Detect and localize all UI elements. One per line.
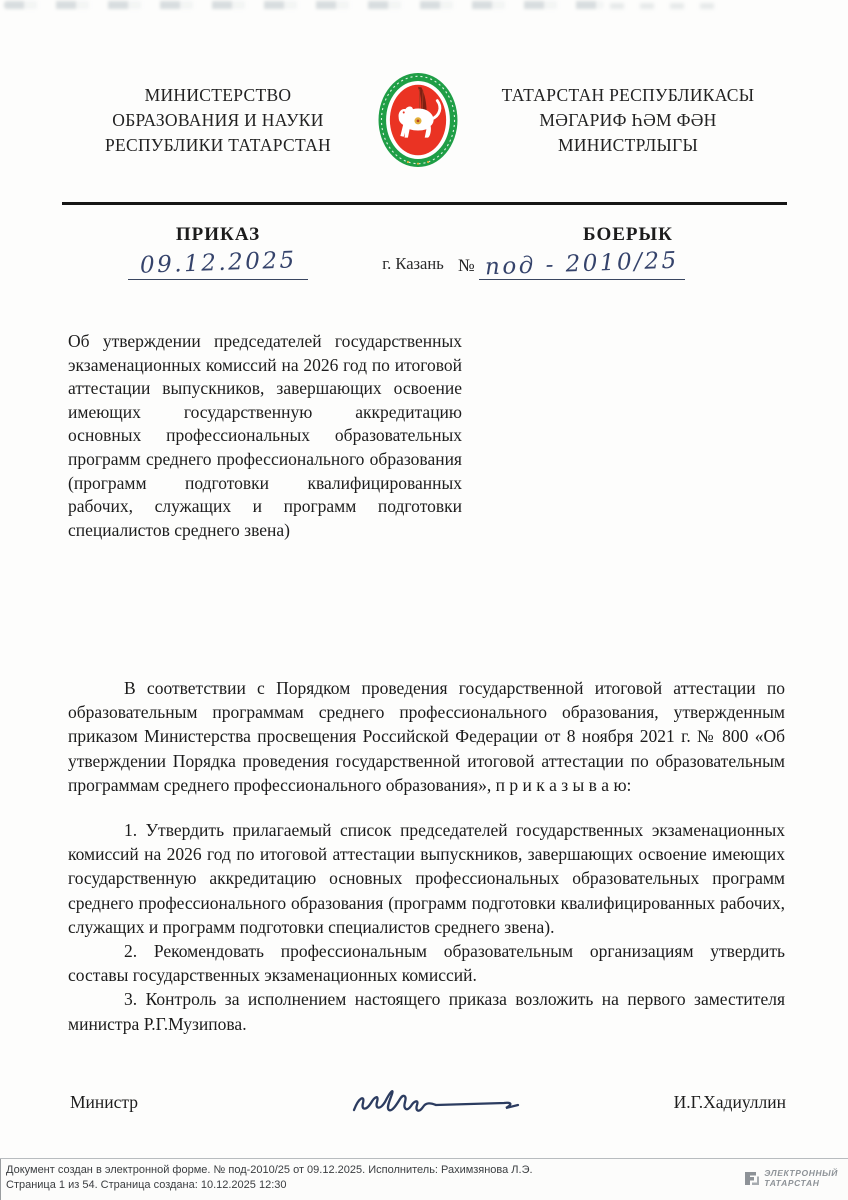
scan-artifact-band [4, 1, 604, 9]
order-title-tatar: БОЕРЫК [468, 224, 788, 246]
number-sign: № [458, 255, 475, 275]
order-item-2: 2. Рекомендовать профессиональным образо… [68, 939, 785, 987]
tatarstan-coat-of-arms-icon [376, 70, 460, 170]
signature-block: Министр И.Г.Хадиуллин [70, 1082, 786, 1122]
order-item-1: 1. Утвердить прилагаемый список председа… [68, 818, 785, 939]
order-subject: Об утверждении председателей государстве… [68, 330, 462, 542]
order-number-field: № под - 2010/25 [458, 251, 788, 280]
order-date-field: 09.12.2025 [68, 250, 368, 280]
electronic-tatarstan-logo: ЭЛЕКТРОННЫЙ ТАТАРСТАН [743, 1169, 838, 1188]
order-meta-row: 09.12.2025 г. Казань № под - 2010/25 [68, 250, 788, 280]
order-place: г. Казань [368, 254, 458, 280]
footer-info: Документ создан в электронной форме. № п… [6, 1163, 533, 1192]
order-body: В соответствии с Порядком проведения гос… [68, 676, 785, 1036]
ministry-name-tatar: ТАТАРСТАН РЕСПУБЛИКАСЫ МӘГАРИФ ҺӘМ ФӘН М… [468, 83, 788, 158]
electronic-tatarstan-logo-icon [743, 1170, 760, 1187]
document-page: МИНИСТЕРСТВО ОБРАЗОВАНИЯ И НАУКИ РЕСПУБЛ… [0, 0, 848, 1200]
handwritten-number: под - 2010/25 [485, 248, 679, 281]
order-titles: ПРИКАЗ БОЕРЫК [68, 224, 788, 246]
preamble-paragraph: В соответствии с Порядком проведения гос… [68, 676, 785, 797]
footer-line-1: Документ создан в электронной форме. № п… [6, 1164, 533, 1176]
handwritten-date: 09.12.2025 [139, 247, 297, 278]
handwritten-signature-icon [346, 1083, 536, 1121]
letterhead-divider [62, 202, 787, 205]
signer-name: И.Г.Хадиуллин [674, 1092, 786, 1113]
electronic-tatarstan-logo-text: ЭЛЕКТРОННЫЙ ТАТАРСТАН [764, 1169, 838, 1188]
document-footer: Документ создан в электронной форме. № п… [0, 1158, 848, 1200]
ministry-name-russian: МИНИСТЕРСТВО ОБРАЗОВАНИЯ И НАУКИ РЕСПУБЛ… [68, 83, 368, 158]
footer-line-2: Страница 1 из 54. Страница создана: 10.1… [6, 1179, 286, 1191]
scan-artifact-band-2 [610, 3, 720, 9]
signer-role: Министр [70, 1092, 138, 1113]
order-item-3: 3. Контроль за исполнением настоящего пр… [68, 987, 785, 1035]
order-title-russian: ПРИКАЗ [68, 224, 368, 246]
letterhead: МИНИСТЕРСТВО ОБРАЗОВАНИЯ И НАУКИ РЕСПУБЛ… [68, 70, 788, 170]
